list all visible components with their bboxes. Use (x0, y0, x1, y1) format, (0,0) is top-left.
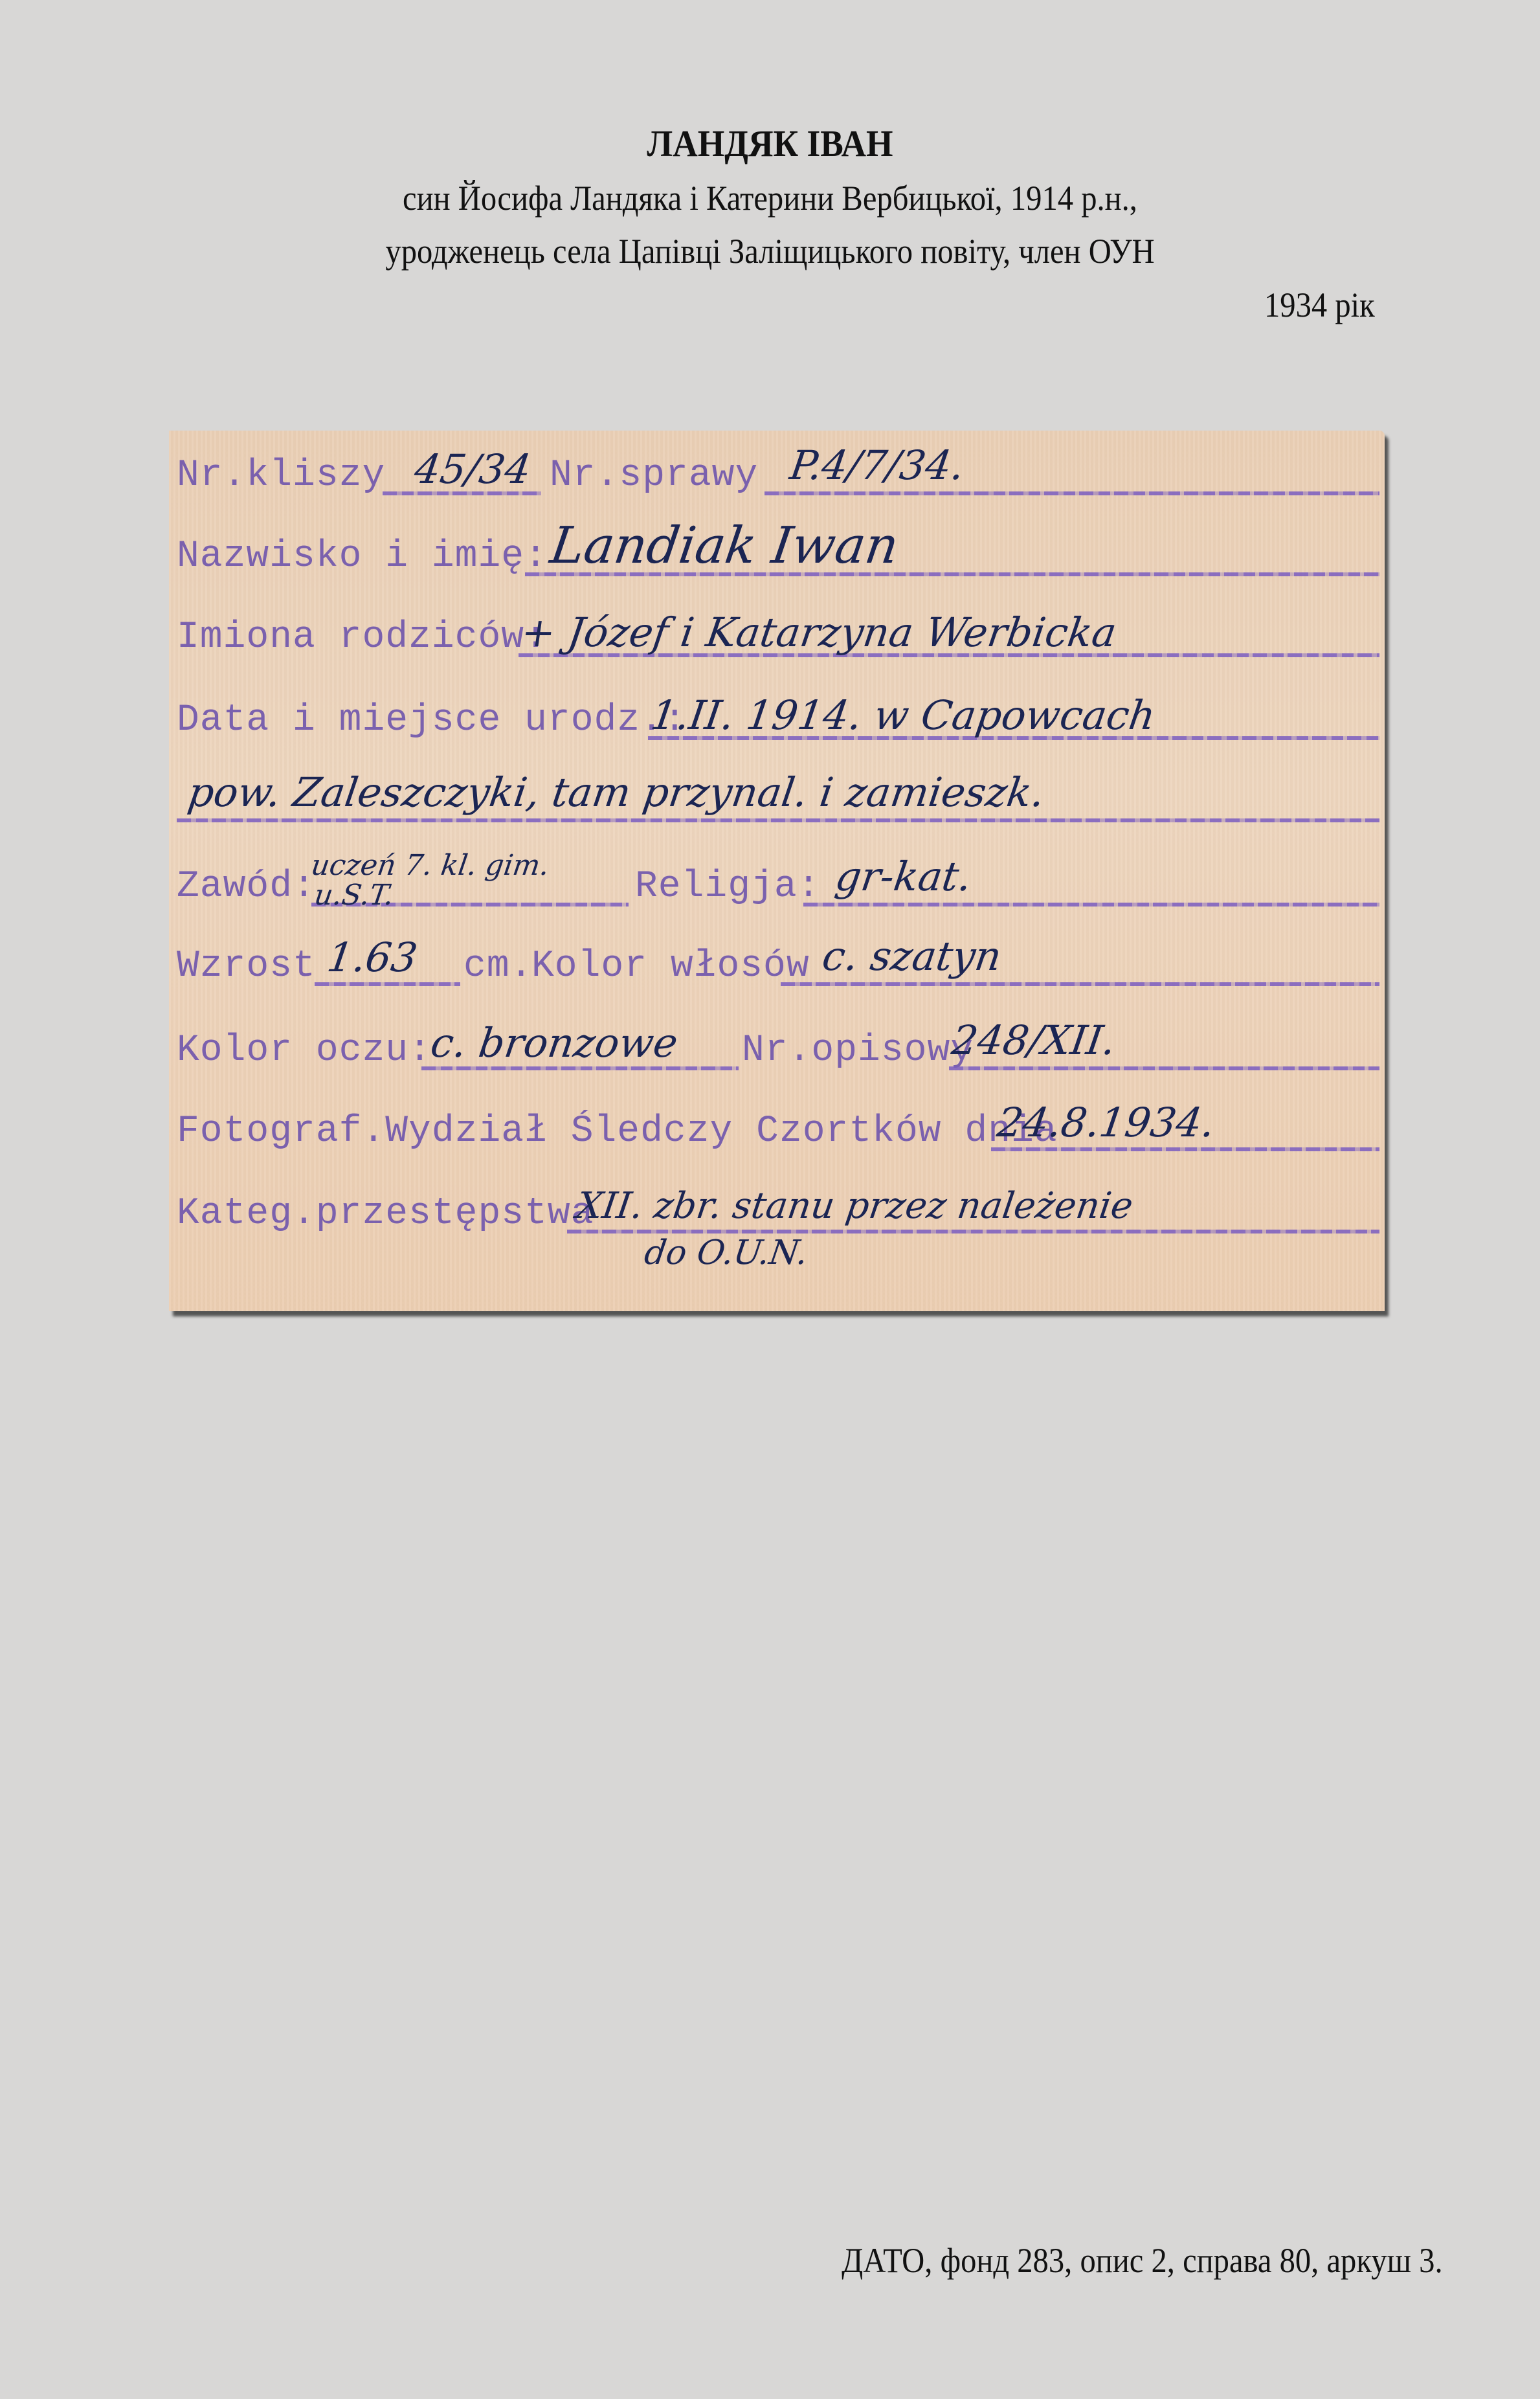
label-wzrost-unit: cm. (463, 945, 533, 987)
card-row-birth-cont: pow. Zaleszczyki, tam przynal. i zamiesz… (169, 758, 1385, 835)
fill-line (764, 491, 1379, 495)
label-fotograf: Fotograf.Wydział Śledczy Czortków dnia (177, 1110, 1058, 1153)
label-nr-kliszy: Nr.kliszy (177, 455, 385, 497)
value-zawod-line2: u.S.T. (312, 879, 396, 912)
value-nazwisko: Landiak Iwan (547, 517, 902, 575)
card-row-photographer: Fotograf.Wydział Śledczy Czortków dnia 2… (169, 1087, 1385, 1164)
value-kateg-line2: do O.U.N. (642, 1233, 810, 1272)
value-nr-opisowy: 248/XII. (949, 1017, 1119, 1064)
value-nr-sprawy: P.4/7/34. (787, 442, 967, 489)
card-row-eyes: Kolor oczu: c. bronzowe Nr.opisowy 248/X… (169, 1006, 1385, 1083)
label-kolor-oczu: Kolor oczu: (177, 1030, 432, 1072)
card-row-height-hair: Wzrost 1.63 cm. Kolor włosów c. szatyn (169, 921, 1385, 999)
person-name-title: ЛАНДЯК ІВАН (61, 122, 1479, 165)
card-row-crime-category: Kateg.przestępstwa XII. zbr. stanu przez… (169, 1169, 1385, 1246)
biography-line-1: син Йосифа Ландяка і Катерини Вербицької… (77, 178, 1463, 218)
fill-line (991, 1147, 1379, 1151)
fill-line (803, 903, 1379, 907)
value-religja: gr-kat. (832, 853, 975, 900)
fill-line (421, 1066, 739, 1070)
biography-line-2: уродженець села Цапівці Заліщицького пов… (77, 231, 1463, 271)
fill-line (781, 982, 1379, 986)
value-kateg-line1: XII. zbr. stanu przez należenie (574, 1185, 1135, 1227)
value-birthplace-cont: pow. Zaleszczyki, tam przynal. i zamiesz… (185, 769, 1047, 816)
label-data-urodz: Data i miejsce urodz.: (177, 699, 687, 741)
fill-line (177, 818, 1379, 822)
card-row-occupation: Zawód: uczeń 7. kl. gim. u.S.T. Religja:… (169, 842, 1385, 919)
archive-citation: ДАТО, фонд 283, опис 2, справа 80, аркуш… (842, 2240, 1443, 2281)
value-data-urodz: 1.II. 1914. w Capowcach (648, 692, 1159, 739)
label-zawod: Zawód: (177, 866, 316, 908)
card-row-birth: Data i miejsce urodz.: 1.II. 1914. w Cap… (169, 675, 1385, 753)
label-wzrost: Wzrost (177, 945, 316, 987)
value-rodzicow: + Józef i Katarzyna Werbicka (519, 609, 1120, 656)
card-row-parents: Imiona rodziców: + Józef i Katarzyna Wer… (169, 592, 1385, 670)
value-wzrost: 1.63 (324, 934, 420, 981)
value-fotograf-date: 24.8.1934. (994, 1099, 1218, 1146)
fill-line (949, 1066, 1379, 1070)
police-registration-card: Nr.kliszy 45/34 Nr.sprawy P.4/7/34. Nazw… (169, 431, 1385, 1311)
label-religja: Religja: (635, 866, 820, 908)
label-rodzicow: Imiona rodziców: (177, 616, 548, 659)
label-kateg: Kateg.przestępstwa (177, 1193, 594, 1235)
label-kolor-wlosow: Kolor włosów (531, 945, 810, 987)
label-nr-opisowy: Nr.opisowy (742, 1030, 974, 1072)
value-zawod-line1: uczeń 7. kl. gim. (309, 849, 551, 882)
fill-line (315, 982, 460, 986)
value-kolor-wlosow: c. szatyn (820, 932, 1005, 980)
label-nr-sprawy: Nr.sprawy (550, 455, 758, 497)
card-row-name: Nazwisko i imię: Landiak Iwan (169, 512, 1385, 589)
label-nazwisko: Nazwisko i imię: (177, 535, 548, 578)
card-row-numbers: Nr.kliszy 45/34 Nr.sprawy P.4/7/34. (169, 431, 1385, 508)
document-year: 1934 рік (1264, 285, 1375, 325)
value-kolor-oczu: c. bronzowe (428, 1019, 681, 1066)
value-nr-kliszy: 45/34 (412, 445, 534, 493)
